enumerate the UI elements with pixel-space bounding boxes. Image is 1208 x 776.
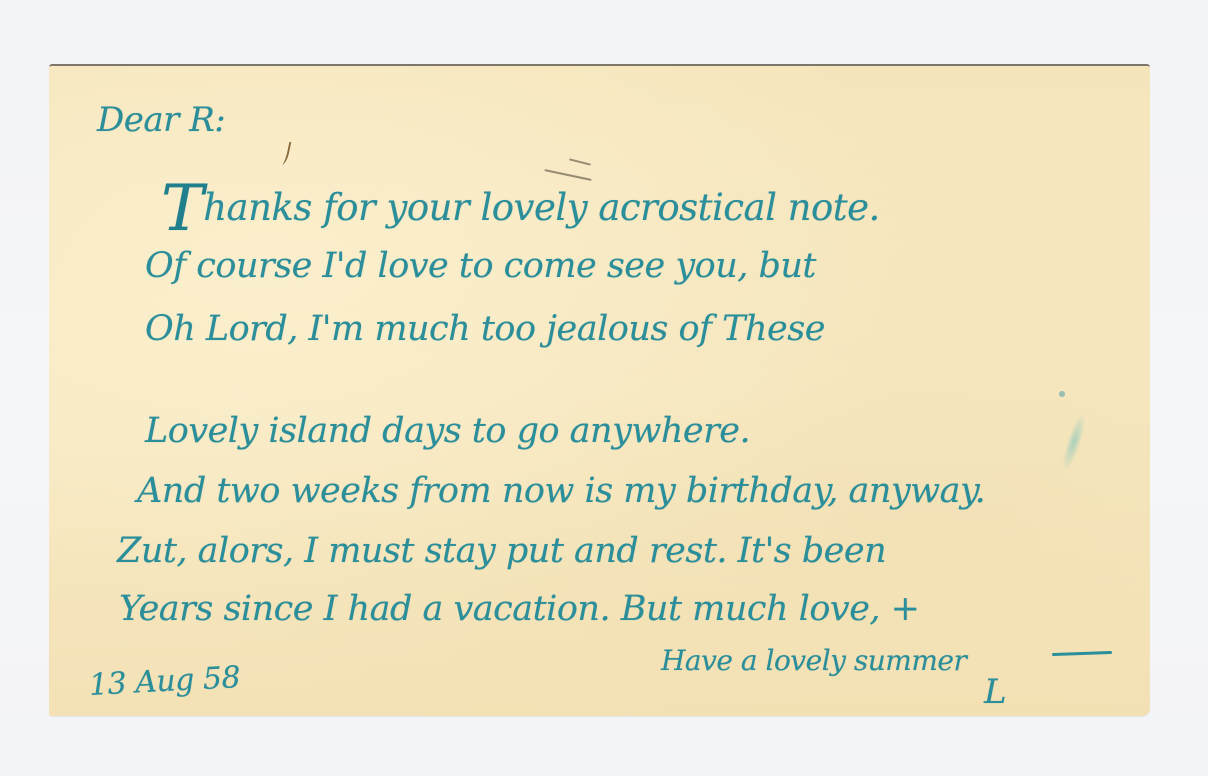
closing-dash (1052, 651, 1112, 656)
letter-line-7: Years since I had a vacation. But much l… (119, 589, 920, 629)
ink-stain (1058, 410, 1090, 473)
postcard: Dear R: Thanks for your lovely acrostica… (49, 64, 1150, 716)
letter-line-text: hanks for your lovely acrostical note. (203, 186, 880, 229)
letter-line-4: Lovely island days to go anywhere. (145, 411, 750, 451)
date: 13 Aug 58 (88, 660, 241, 703)
salutation: Dear R: (97, 100, 225, 140)
letter-line-3: Oh Lord, I'm much too jealous of These (145, 309, 825, 349)
ink-spot (1059, 391, 1065, 397)
letter-line-6: Zut, alors, I must stay put and rest. It… (117, 531, 886, 571)
postmark-smudge (569, 158, 591, 165)
letter-line-5: And two weeks from now is my birthday, a… (137, 471, 985, 511)
drop-initial: T (161, 172, 203, 246)
closing-line: Have a lovely summer (661, 644, 966, 677)
postmark-smudge (544, 169, 591, 181)
letter-line-1: Thanks for your lovely acrostical note. (161, 186, 880, 229)
letter-line-2: Of course I'd love to come see you, but (145, 246, 816, 286)
signature: L (984, 672, 1006, 712)
brown-pen-mark (279, 140, 292, 165)
